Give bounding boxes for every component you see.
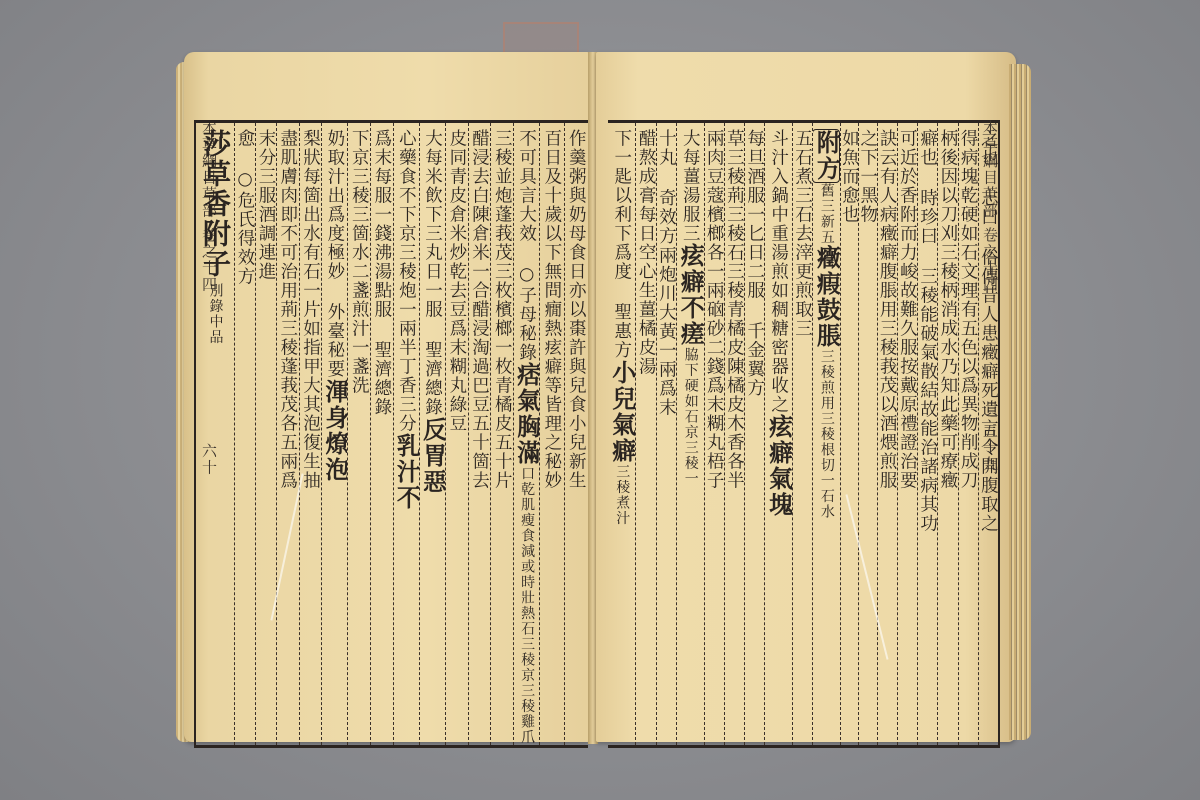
text-column: 柄後因以刀刈三稜柄消成水乃知此藥可療癥: [937, 123, 957, 745]
text-column: 奶取汁出爲度極妙 外臺秘要 渾身燎泡: [321, 123, 347, 745]
text-column: 十丸 奇效方 兩炮川大黃一兩爲末: [656, 123, 676, 745]
column-text: 下京三稜三箇水二盞煎汁一盞洗: [347, 129, 370, 395]
appendix-heading: 附方: [812, 129, 839, 183]
column-text: 醋熬成膏每日空心生薑橘皮湯: [635, 129, 655, 376]
text-column: 爲末每服一錢沸湯點服 聖濟總錄: [370, 123, 393, 745]
text-column: 梨狀每箇出水有石一片如指甲大其泡復生抽: [299, 123, 322, 745]
text-column: 兩肉豆蔻檳榔各一兩硇砂二錢爲末糊丸梧子: [704, 123, 724, 745]
text-column: 草三稜荊三稜石三稜青橘皮陳橘皮木香各半: [724, 123, 744, 745]
column-text: 之下一黑物: [858, 129, 876, 224]
column-text: 愈 ○危氏得效方: [234, 129, 255, 286]
text-column: 之下一黑物: [858, 123, 876, 745]
right-margin-page-number: 五十九: [977, 423, 1003, 473]
right-columns: 之也 志曰 俗傳昔人患癥癖死遺言令開腹取之 得病塊乾硬如石文理有五色以爲異物削成…: [608, 123, 998, 745]
text-column: 作羹粥與奶母食日亦以棗許與兒食小兒新生: [564, 123, 588, 745]
text-column: 末分三服酒調連進: [255, 123, 276, 745]
column-text: 三稜並炮蓬莪茂三枚檳榔一枚青橘皮五十片: [490, 129, 513, 490]
column-text: 作羹粥與奶母食日亦以棗許與兒食小兒新生: [564, 129, 588, 490]
column-text: 癖也 時珍曰 三稜能破氣散結故能治諸病其功: [917, 129, 937, 533]
left-columns: 作羹粥與奶母食日亦以棗許與兒食小兒新生 百日及十歲以下無問癇熱痃癖等皆理之秘妙 …: [196, 123, 588, 745]
right-margin-title: 本草綱目草部: [977, 120, 1003, 219]
text-column: 大每薑湯服三 痃癖不瘥 脇下硬如石京三稜一: [676, 123, 704, 745]
column-text: 五石煮三石去滓更煎取三: [792, 129, 812, 338]
text-column: 三稜並炮蓬莪茂三枚檳榔一枚青橘皮五十片: [490, 123, 513, 745]
remedy-heading: 痞氣胸滿: [514, 362, 540, 466]
column-text: 斗汁入鍋中重湯煎如稠糖密器收之: [766, 129, 792, 414]
column-text: 訣云有人病癥癖腹脹用三稜莪茂以酒煨煎服: [877, 129, 897, 490]
text-column: 大每米飲下三丸日一服 聖濟總錄 反胃惡: [419, 123, 445, 745]
text-column: 附方 舊三新五 癥瘕鼓脹 三稜煎用三稜根切一石水: [812, 123, 840, 745]
column-text: 大每米飲下三丸日一服 聖濟總錄: [419, 129, 445, 417]
column-text: 每旦酒服一匕日二服 千金翼方: [744, 129, 764, 398]
column-text: 梨狀每箇出水有石一片如指甲大其泡復生抽: [299, 129, 322, 490]
text-column: 如魚而愈也: [840, 123, 858, 745]
column-text: 三稜煮汁: [615, 464, 628, 526]
column-text: 醋浸去白陳倉米一合醋浸淘過巴豆五十箇去: [468, 129, 491, 490]
column-text: 兩炮川大黃一兩爲末: [656, 246, 676, 417]
column-text: 十丸 奇效方: [656, 129, 676, 246]
remedy-heading: 小兒氣癖: [609, 360, 635, 464]
remedy-heading: 乳汁不: [393, 433, 419, 511]
open-book: 本草綱目草部 卷之十四 六十 作羹粥與奶母食日亦以棗許與兒食小兒新生 百日及十歲…: [176, 52, 1031, 752]
text-column: 醋熬成膏每日空心生薑橘皮湯: [635, 123, 655, 745]
text-column: 盡肌膚肉即不可治用荊三稜蓬莪茂各五兩爲: [276, 123, 299, 745]
column-text: 可近於香附而力峻故難久服按戴原禮證治要: [897, 129, 917, 490]
text-column: 醋浸去白陳倉米一合醋浸淘過巴豆五十箇去: [468, 123, 491, 745]
book-edge-right: [1009, 64, 1031, 740]
column-text: 大每薑湯服三: [677, 129, 703, 243]
text-column: 癖也 時珍曰 三稜能破氣散結故能治諸病其功: [917, 123, 937, 745]
column-text: 舊三新五: [820, 183, 833, 245]
column-text: 爲末每服一錢沸湯點服 聖濟總錄: [370, 129, 393, 417]
column-text: 得病塊乾硬如石文理有五色以爲異物削成刀: [958, 129, 978, 490]
column-text: 如魚而愈也: [840, 129, 858, 224]
column-text: 百日及十歲以下無問癇熱痃癖等皆理之秘妙: [539, 129, 563, 490]
text-column: 五石煮三石去滓更煎取三: [792, 123, 812, 745]
column-text: 口乾肌瘦食減或時壯熱石三稜京三稜雞爪: [520, 466, 533, 745]
column-text: 草三稜荊三稜石三稜青橘皮陳橘皮木香各半: [724, 129, 744, 490]
column-text: 三稜煎用三稜根切一石水: [820, 349, 833, 520]
remedy-heading: 癥瘕鼓脹: [813, 245, 839, 349]
text-column: 每旦酒服一匕日二服 千金翼方: [744, 123, 764, 745]
section-title: 莎草香附子: [202, 129, 228, 279]
remedy-heading: 渾身燎泡: [322, 379, 348, 483]
text-column: 皮同青皮倉米炒乾去豆爲末糊丸綠豆: [445, 123, 468, 745]
text-column: 可近於香附而力峻故難久服按戴原禮證治要: [897, 123, 917, 745]
remedy-heading: 痃癖氣塊: [766, 414, 792, 518]
column-text: 柄後因以刀刈三稜柄消成水乃知此藥可療癥: [937, 129, 957, 490]
text-column: 心藥食不下京三稜炮一兩半丁香三分 乳汁不: [393, 123, 419, 745]
column-text: 末分三服酒調連進: [255, 129, 276, 281]
column-text: 脇下硬如石京三稜一: [684, 347, 697, 487]
text-column: 不可具言大效 ○子母秘錄 痞氣胸滿 口乾肌瘦食減或時壯熱石三稜京三稜雞爪: [513, 123, 539, 745]
section-note: 別錄中品: [208, 283, 221, 345]
text-column: 得病塊乾硬如石文理有五色以爲異物削成刀: [958, 123, 978, 745]
section-title-column: 莎草香附子 別錄中品: [196, 123, 234, 745]
column-text: 兩肉豆蔻檳榔各一兩硇砂二錢爲末糊丸梧子: [704, 129, 724, 490]
column-text: 下一匙以利下爲度 聖惠方: [609, 129, 635, 360]
text-column: 百日及十歲以下無問癇熱痃癖等皆理之秘妙: [539, 123, 563, 745]
text-column: 斗汁入鍋中重湯煎如稠糖密器收之 痃癖氣塊: [764, 123, 792, 745]
left-text-frame: 作羹粥與奶母食日亦以棗許與兒食小兒新生 百日及十歲以下無問癇熱痃癖等皆理之秘妙 …: [194, 120, 588, 748]
text-column: 下一匙以利下爲度 聖惠方 小兒氣癖 三稜煮汁: [608, 123, 636, 745]
column-text: 不可具言大效 ○子母秘錄: [514, 129, 540, 362]
text-column: 愈 ○危氏得效方: [234, 123, 255, 745]
column-text: 皮同青皮倉米炒乾去豆爲末糊丸綠豆: [445, 129, 468, 433]
remedy-heading: 痃癖不瘥: [677, 243, 703, 347]
right-page-margin: 本草綱目草部 卷之十四 五十九: [977, 120, 1001, 742]
right-margin-volume: 卷之十四: [977, 227, 1003, 293]
right-text-frame: 之也 志曰 俗傳昔人患癥癖死遺言令開腹取之 得病塊乾硬如石文理有五色以爲異物削成…: [608, 120, 1000, 748]
text-column: 下京三稜三箇水二盞煎汁一盞洗: [347, 123, 370, 745]
column-text: 心藥食不下京三稜炮一兩半丁香三分: [393, 129, 419, 433]
column-text: 盡肌膚肉即不可治用荊三稜蓬莪茂各五兩爲: [276, 129, 299, 490]
remedy-heading: 反胃惡: [419, 417, 445, 495]
column-text: 奶取汁出爲度極妙 外臺秘要: [322, 129, 348, 379]
